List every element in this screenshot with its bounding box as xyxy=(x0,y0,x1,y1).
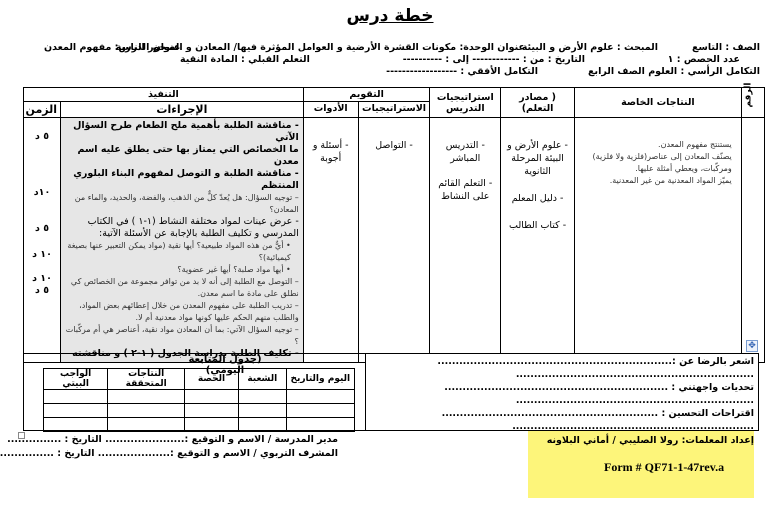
reflection-challenges[interactable]: تحديات واجهتني : .......................… xyxy=(444,381,754,394)
assessment-header: التقويم xyxy=(303,88,430,102)
procedure-step: ما الخصائص التي يمتاز بها حتى يطلق عليه … xyxy=(65,144,299,168)
date-range: التاريخ : من : ------------ إلى : ------… xyxy=(403,54,585,66)
reflection-line[interactable]: ........................................… xyxy=(516,394,754,407)
resources-cell: - علوم الأرض و البيئة المرحلة الثانوية -… xyxy=(501,118,575,363)
procedure-step: – توجيه السؤال الآتي: بما أن المعادن موا… xyxy=(65,324,299,348)
followup-cell[interactable] xyxy=(44,418,108,432)
procedure-step: - مناقشة الطلبة بأهمية ملح الطعام طرح ال… xyxy=(65,120,299,144)
time-cell: ٥ د ١٠د ٥ د ١٠ د ١٠ د ٥ د xyxy=(24,118,61,363)
followup-cell[interactable] xyxy=(185,390,239,404)
grade-label: الصف : التاسع xyxy=(692,42,760,54)
procedure-step: - عرض عينات لمواد مختلفة النشاط (١-١ ) ف… xyxy=(65,216,299,240)
assessment-tools-header: الأدوات xyxy=(303,102,358,118)
followup-cell[interactable] xyxy=(108,404,185,418)
time-value: ١٠د xyxy=(27,187,57,199)
periods-count: عدد الحصص : ١ xyxy=(668,54,740,66)
followup-col-date: اليوم والتاريخ xyxy=(286,369,354,390)
lesson-plan-table: الرقم النتاجات الخاصة ( مصادر التعلم) اس… xyxy=(23,87,765,363)
lesson-title: عنوان الدرس: مفهوم المعدن xyxy=(44,42,180,54)
resource-item: - كتاب الطالب xyxy=(504,219,571,232)
followup-cell[interactable] xyxy=(238,418,286,432)
teaching-strategy-item: - التدريس المباشر xyxy=(433,139,497,165)
subject-label: المبحث : علوم الأرض و البيئة xyxy=(522,42,658,54)
followup-cell[interactable] xyxy=(185,404,239,418)
procedure-step: – التوصل مع الطلبة إلى أنه لا بد من تواف… xyxy=(65,276,299,300)
outcome-item: يصنّف المعادن إلى عناصر(فلزية ولا فلزية)… xyxy=(578,151,732,175)
followup-row xyxy=(44,418,355,432)
assessment-strategy: - التواصل xyxy=(362,119,427,152)
page-title: خطة درس xyxy=(340,6,440,26)
vertical-integration: التكامل الرأسي : العلوم الصف الرابع xyxy=(588,66,760,78)
teaching-strategy-item: - التعلم القائم على النشاط xyxy=(433,177,497,203)
execution-header: التنفيذ xyxy=(24,88,304,102)
reflection-line[interactable]: ........................................… xyxy=(512,420,754,433)
supervisor-signature[interactable]: المشرف التربوي / الاسم و التوقيع :......… xyxy=(0,448,338,459)
form-number: Form # QF71-1-47rev.a xyxy=(604,460,724,475)
followup-cell[interactable] xyxy=(108,390,185,404)
followup-col-homework: الواجب البيتي xyxy=(44,369,108,390)
outcomes-cell: يستنتج مفهوم المعدن. يصنّف المعادن إلى ع… xyxy=(575,118,742,363)
followup-cell[interactable] xyxy=(286,390,354,404)
followup-cell[interactable] xyxy=(238,390,286,404)
procedure-step: - مناقشة الطلبة و التوصل لمفهوم البناء ا… xyxy=(65,168,299,192)
time-value: ٥ د xyxy=(27,131,57,143)
teaching-strategies-header: استراتيجيات التدريس xyxy=(430,88,501,118)
outcome-item: يستنتج مفهوم المعدن. xyxy=(578,139,732,151)
resources-header: ( مصادر التعلم) xyxy=(501,88,575,118)
num-cell xyxy=(741,118,764,363)
followup-cell[interactable] xyxy=(44,404,108,418)
prior-learning: التعلم القبلي : المادة النقية xyxy=(180,54,310,66)
followup-col-outcomes: النتاجات المتحققة xyxy=(108,369,185,390)
followup-row xyxy=(44,390,355,404)
assessment-strategies-header: الاستراتيجيات xyxy=(358,102,430,118)
time-header: الزمن xyxy=(24,102,61,118)
prepared-by: إعداد المعلمات: رولا الصليبي / أماني الب… xyxy=(547,435,754,446)
followup-row xyxy=(44,404,355,418)
time-value: ١٠ د xyxy=(27,249,57,261)
followup-table: اليوم والتاريخ الشعبة الحصة النتاجات الم… xyxy=(43,368,355,432)
followup-cell[interactable] xyxy=(238,404,286,418)
procedure-step: – توجيه السؤال: هل يُعدّ كلٌّ من الذهب، … xyxy=(65,192,299,216)
reflection-line[interactable]: ........................................… xyxy=(516,368,754,381)
followup-cell[interactable] xyxy=(185,418,239,432)
procedures-header: الإجراءات xyxy=(61,102,304,118)
reflection-improvements[interactable]: اقتراحات التحسين : .....................… xyxy=(442,407,754,420)
time-value: ٥ د xyxy=(27,285,57,297)
horizontal-integration: التكامل الأفقي : ------------------ xyxy=(386,66,538,78)
followup-col-period: الحصة xyxy=(185,369,239,390)
assessment-strategies-cell: - التواصل xyxy=(358,118,430,363)
teaching-strategies-cell: - التدريس المباشر - التعلم القائم على ال… xyxy=(430,118,501,363)
outcomes-header: النتاجات الخاصة xyxy=(575,88,742,118)
followup-col-section: الشعبة xyxy=(238,369,286,390)
principal-signature[interactable]: مدير المدرسة / الاسم و التوقيع :........… xyxy=(7,434,338,445)
time-value: ٥ د xyxy=(27,223,57,235)
procedure-step: • أيٌّ من هذه المواد طبيعية؟ أيها نقية (… xyxy=(65,240,299,264)
procedure-step: • أيها مواد صلبة؟ أيها غير عضوية؟ xyxy=(65,264,299,276)
assessment-tool: - أسئلة و أجوبة xyxy=(307,119,355,165)
resource-item: - دليل المعلم xyxy=(504,192,571,205)
table-move-handle-icon[interactable]: ✥ xyxy=(746,340,758,352)
assessment-tools-cell: - أسئلة و أجوبة xyxy=(303,118,358,363)
reflection-satisfied[interactable]: اشعر بالرضا عن :........................… xyxy=(437,355,754,368)
followup-cell[interactable] xyxy=(286,404,354,418)
followup-cell[interactable] xyxy=(44,390,108,404)
num-header: الرقم xyxy=(741,88,764,118)
followup-cell[interactable] xyxy=(108,418,185,432)
num-header-label: الرقم xyxy=(743,82,753,107)
time-value: ١٠ د xyxy=(27,273,57,285)
resource-item: - علوم الأرض و البيئة المرحلة الثانوية xyxy=(504,139,571,178)
outcome-item: يميّز المواد المعدنية من غير المعدنية. xyxy=(578,175,732,187)
procedures-cell: - مناقشة الطلبة بأهمية ملح الطعام طرح ال… xyxy=(61,118,304,363)
procedure-step: – تدريب الطلبة على مفهوم المعدن من خلال … xyxy=(65,300,299,324)
followup-cell[interactable] xyxy=(286,418,354,432)
